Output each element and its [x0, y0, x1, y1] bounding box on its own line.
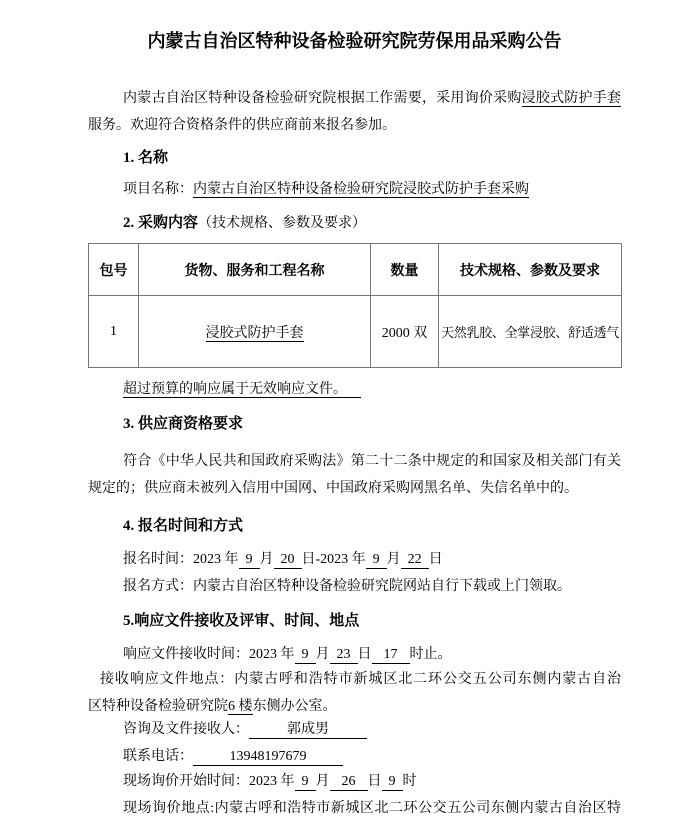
receive-hour: 17	[372, 646, 410, 664]
section2-heading-note: （技术规格、参数及要求）	[198, 216, 366, 231]
qualification-line-1: 符合《中华人民共和国政府采购法》第二十二条中规定的和国家及相关部门有关	[88, 448, 621, 475]
inquiry-start-sep-2: 日	[368, 774, 382, 789]
signup-time-sep-3: 月	[387, 552, 401, 567]
inquiry-hour: 9	[382, 773, 403, 791]
signup-month-1: 9	[239, 551, 260, 569]
budget-note-line: 超过预算的响应属于无效响应文件。	[88, 376, 621, 403]
signup-time-line: 报名时间：2023 年9月20日-2023 年9月22日	[88, 546, 621, 573]
table-row: 1 浸胶式防护手套 2000 双 天然乳胶、全掌浸胶、舒适透气	[89, 296, 622, 368]
cell-spec: 天然乳胶、全掌浸胶、舒适透气	[439, 296, 622, 368]
inquiry-start-sep-1: 月	[316, 774, 330, 789]
contact-person-line: 咨询及文件接收人：郭成男	[88, 716, 621, 743]
phone-number: 13948197679	[193, 748, 343, 766]
section3-heading: 3. 供应商资格要求	[88, 411, 621, 438]
project-name-value: 内蒙古自治区特种设备检验研究院浸胶式防护手套采购	[193, 182, 529, 198]
receive-day: 23	[330, 646, 358, 664]
receive-place-floor: 6 楼	[228, 699, 253, 715]
signup-month-2: 9	[366, 551, 387, 569]
phone-label: 联系电话：	[123, 749, 193, 764]
signup-day-1: 20	[274, 551, 302, 569]
inquiry-month: 9	[295, 773, 316, 791]
receive-month: 9	[295, 646, 316, 664]
phone-line: 联系电话：13948197679	[88, 743, 621, 770]
signup-time-sep-1: 月	[260, 552, 274, 567]
cell-package-no: 1	[89, 296, 139, 368]
inquiry-start-pre: 现场询价开始时间：2023 年	[123, 774, 295, 789]
section5-heading: 5.响应文件接收及评审、时间、地点	[88, 608, 621, 635]
receive-time-sep-2: 日	[358, 647, 372, 662]
signup-day-2: 22	[401, 551, 429, 569]
project-name-line: 项目名称：内蒙古自治区特种设备检验研究院浸胶式防护手套采购	[88, 176, 621, 203]
signup-time-end: 日	[429, 552, 443, 567]
contact-person-name: 郭成男	[249, 721, 367, 739]
section1-heading: 1. 名称	[88, 145, 621, 172]
budget-note-text: 超过预算的响应属于无效响应文件。	[123, 382, 361, 398]
inquiry-day: 26	[330, 773, 368, 791]
cell-quantity: 2000 双	[371, 296, 439, 368]
document-content: 内蒙古自治区特种设备检验研究院劳保用品采购公告 内蒙古自治区特种设备检验研究院根…	[88, 26, 621, 822]
col-header-quantity: 数量	[371, 244, 439, 296]
intro-line-1: 内蒙古自治区特种设备检验研究院根据工作需要，采用询价采购浸胶式防护手套	[88, 85, 621, 112]
receive-time-pre: 响应文件接收时间：2023 年	[123, 647, 295, 662]
section2-heading-bold: 2. 采购内容	[123, 215, 198, 231]
document-page: 内蒙古自治区特种设备检验研究院劳保用品采购公告 内蒙古自治区特种设备检验研究院根…	[0, 0, 700, 833]
receive-time-end: 时止。	[410, 647, 452, 662]
signup-method-line: 报名方式：内蒙古自治区特种设备检验研究院网站自行下载或上门领取。	[88, 573, 621, 600]
cell-item-name: 浸胶式防护手套	[139, 296, 371, 368]
receive-time-line: 响应文件接收时间：2023 年9月23日17时止。	[88, 641, 621, 668]
signup-time-pre: 报名时间：2023 年	[123, 552, 239, 567]
receive-place-pre: 区特种设备检验研究院	[88, 699, 228, 714]
col-header-item-name: 货物、服务和工程名称	[139, 244, 371, 296]
inquiry-place-line: 现场询价地点:内蒙古呼和浩特市新城区北二环公交五公司东侧内蒙古自治区特	[88, 795, 621, 822]
receive-time-sep-1: 月	[316, 647, 330, 662]
page-title: 内蒙古自治区特种设备检验研究院劳保用品采购公告	[88, 26, 621, 56]
intro-text-pre: 内蒙古自治区特种设备检验研究院根据工作需要，采用询价采购	[123, 91, 522, 106]
table-header-row: 包号 货物、服务和工程名称 数量 技术规格、参数及要求	[89, 244, 622, 296]
col-header-spec: 技术规格、参数及要求	[439, 244, 622, 296]
project-name-label: 项目名称：	[123, 182, 193, 197]
section2-heading: 2. 采购内容（技术规格、参数及要求）	[88, 210, 621, 237]
intro-line-2: 服务。欢迎符合资格条件的供应商前来报名参加。	[88, 112, 621, 139]
contact-person-label: 咨询及文件接收人：	[123, 722, 249, 737]
inquiry-start-line: 现场询价开始时间：2023 年9月26日9时	[88, 768, 621, 795]
cell-item-name-text: 浸胶式防护手套	[206, 326, 304, 342]
section4-heading: 4. 报名时间和方式	[88, 513, 621, 540]
signup-time-sep-2: 日-2023 年	[302, 552, 366, 567]
intro-underlined-item: 浸胶式防护手套	[522, 91, 621, 107]
qualification-line-2: 规定的；供应商未被列入信用中国网、中国政府采购网黑名单、失信名单中的。	[88, 475, 621, 502]
inquiry-start-end: 时	[403, 774, 417, 789]
receive-place-post: 东侧办公室。	[253, 699, 337, 714]
receive-place-line-1: 接收响应文件地点：内蒙古呼和浩特市新城区北二环公交五公司东侧内蒙古自治	[88, 666, 621, 693]
procurement-table: 包号 货物、服务和工程名称 数量 技术规格、参数及要求 1 浸胶式防护手套 20…	[88, 243, 622, 368]
col-header-package-no: 包号	[89, 244, 139, 296]
